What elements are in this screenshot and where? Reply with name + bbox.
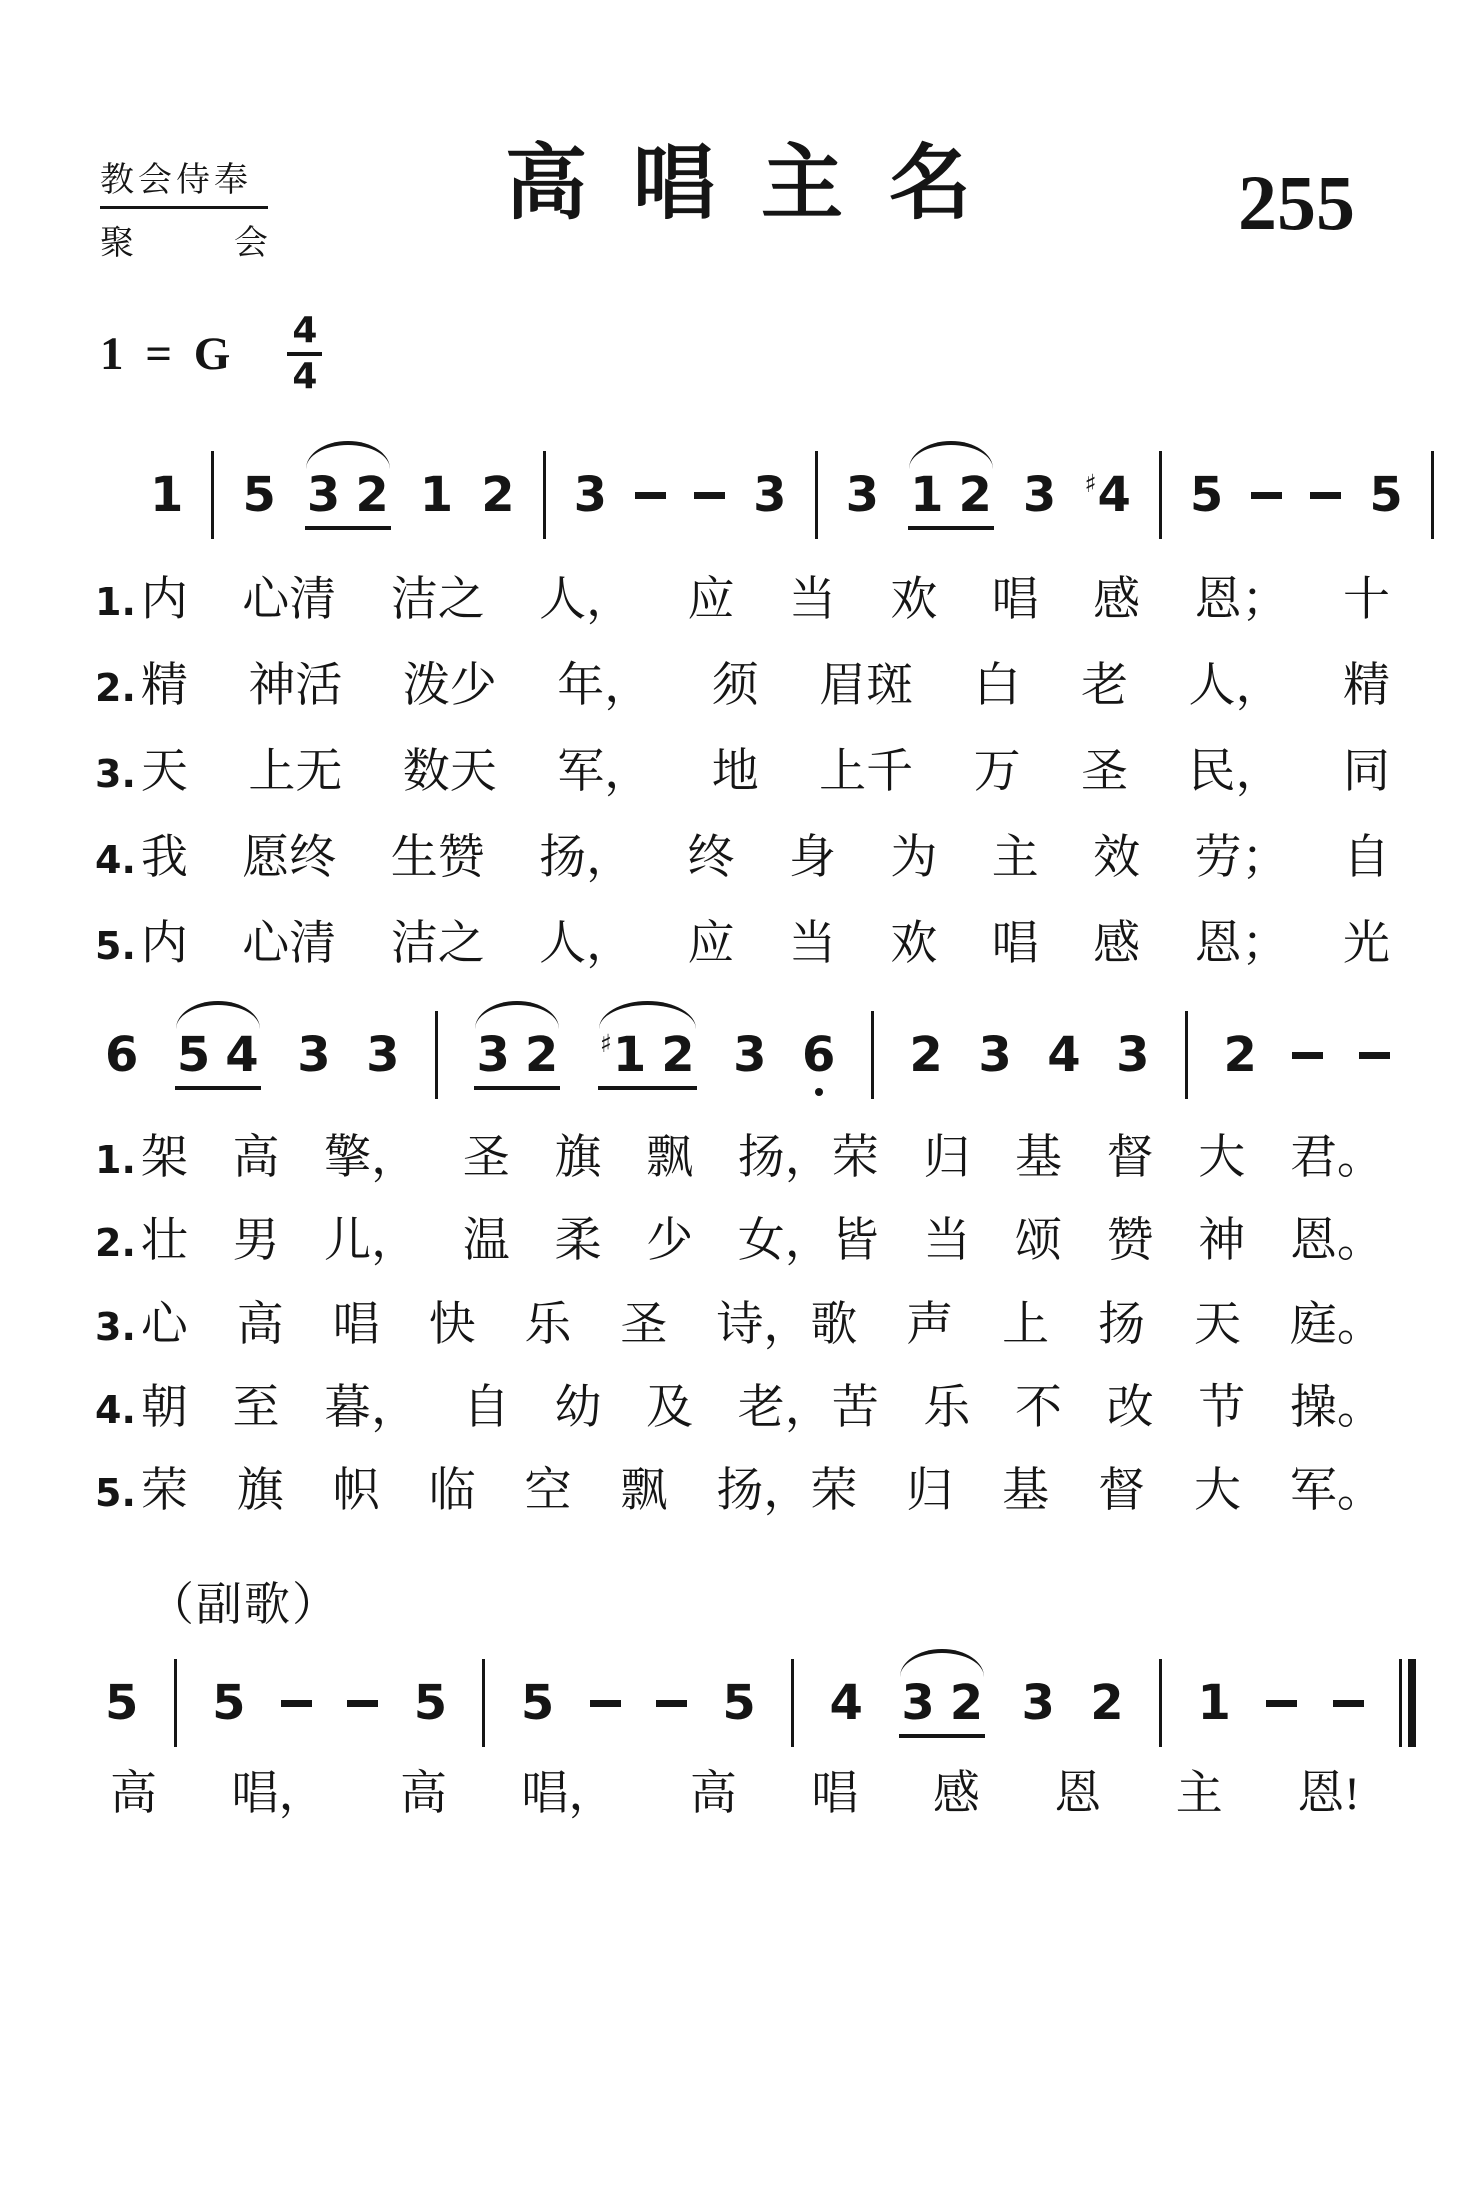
group-note: 5 [177, 1031, 210, 1079]
verse-start: 3.心 [95, 1287, 188, 1354]
verse-start: 3.天 [95, 734, 188, 801]
category-bottom-left: 聚 [100, 215, 134, 264]
lyric-syllable: 唱 [811, 1756, 858, 1823]
lyric-syllable: 至 [233, 1370, 280, 1437]
final-barline-thick [1408, 1659, 1416, 1747]
lyric-syllable: 心 [141, 1287, 188, 1354]
lyric-syllable: 临 [429, 1453, 476, 1520]
music-line-2: 6543332♯123623432 [105, 1000, 1390, 1110]
lyric-syllable: 人， [1189, 648, 1283, 715]
group-note: 2 [661, 1031, 694, 1079]
verse-start: 2.壮 [95, 1203, 188, 1270]
note: 3 [1023, 471, 1056, 519]
verse-start: 1.内 [95, 562, 188, 629]
lyric-syllable: 基 [1002, 1453, 1049, 1520]
lyric-syllable: 高 [400, 1756, 447, 1823]
lyric-syllable: 荣 [141, 1453, 188, 1520]
group-note: 3 [901, 1679, 934, 1727]
barline [1185, 1011, 1188, 1099]
verse-line: 2.壮男儿，温柔少女，皆当颂赞神恩。 [95, 1203, 1384, 1270]
dash-extension [635, 492, 666, 499]
lyric-syllable: 感 [1093, 906, 1140, 973]
dash-extension [1292, 1052, 1323, 1059]
lyric-syllable: 民， [1189, 734, 1283, 801]
group-note: 2 [950, 1679, 983, 1727]
lyric-syllable: 乐 [923, 1370, 970, 1437]
lyric-syllable: 精 [141, 648, 188, 715]
slur-group: ♯12 [597, 1031, 698, 1079]
verse-number: 1. [95, 1138, 136, 1182]
lyric-syllable: 飘 [646, 1120, 693, 1187]
verse-number: 2. [95, 1221, 136, 1265]
lyric-syllable: 人， [539, 562, 633, 629]
lyric-syllable: 为 [890, 820, 937, 887]
note: 2 [481, 471, 514, 519]
note: 3 [978, 1031, 1011, 1079]
lyric-syllable: 劳； [1195, 820, 1289, 887]
barline [174, 1659, 177, 1747]
lyric-syllable: 当 [923, 1203, 970, 1270]
lyric-syllable: 君。 [1290, 1120, 1384, 1187]
lyric-syllable: 扬，荣 [716, 1453, 857, 1520]
lyric-syllable: 上千 [819, 734, 913, 801]
lyric-syllable: 上 [1002, 1287, 1049, 1354]
lyric-syllable: 大 [1194, 1453, 1241, 1520]
verse-line: 3.天上无数天军，地上千万圣民，同 [95, 734, 1390, 801]
lyric-syllable: 应 [688, 906, 735, 973]
lyric-syllable: 节 [1198, 1370, 1245, 1437]
lyric-syllable: 恩； [1195, 562, 1289, 629]
barline [1159, 1659, 1162, 1747]
note: 3 [1116, 1031, 1149, 1079]
lyric-syllable: 感 [1093, 562, 1140, 629]
lyric-syllable: 愿终 [242, 820, 336, 887]
lyric-syllable: 须 [712, 648, 759, 715]
note: 5 [1190, 471, 1223, 519]
lyric-syllable: 军， [557, 734, 651, 801]
note: 1 [1197, 1679, 1230, 1727]
barline [482, 1659, 485, 1747]
lyric-syllable: 主 [1176, 1756, 1223, 1823]
verse-number: 4. [95, 1388, 136, 1432]
verse-number: 3. [95, 752, 136, 796]
lyric-syllable: 壮 [141, 1203, 188, 1270]
barline [871, 1011, 874, 1099]
verse-line: 5.内心清洁之人，应当欢唱感恩；光 [95, 906, 1390, 973]
lyric-syllable: 女，皆 [738, 1203, 879, 1270]
lyric-syllable: 庭。 [1290, 1287, 1384, 1354]
note: 5 [414, 1679, 447, 1727]
lyric-syllable: 恩! [1297, 1756, 1360, 1823]
note: 1 [420, 471, 453, 519]
note: ♯4 [1084, 471, 1131, 519]
lyric-syllable: 儿， [324, 1203, 418, 1270]
lyric-syllable: 大 [1198, 1120, 1245, 1187]
lyric-syllable: 高 [237, 1287, 284, 1354]
time-denominator: 4 [292, 356, 317, 396]
lyric-syllable: 神 [1198, 1203, 1245, 1270]
verse-line: 5.荣旗帜临空飘扬，荣归基督大军。 [95, 1453, 1384, 1520]
sharp-icon: ♯ [1084, 471, 1096, 496]
dash-extension [694, 492, 725, 499]
lyric-syllable: 欢 [890, 906, 937, 973]
lyric-syllable: 圣 [463, 1120, 510, 1187]
lyric-syllable: 扬，荣 [738, 1120, 879, 1187]
dash-extension [590, 1700, 621, 1707]
lyric-syllable: 同 [1343, 734, 1390, 801]
lyric-syllable: 当 [789, 906, 836, 973]
verse-line: 3.心高唱快乐圣诗，歌声上扬天庭。 [95, 1287, 1384, 1354]
lyric-syllable: 内 [141, 562, 188, 629]
lyric-syllable: 归 [906, 1453, 953, 1520]
lyric-syllable: 督 [1098, 1453, 1145, 1520]
note: 3 [1022, 1679, 1055, 1727]
lyric-syllable: 老，苦 [738, 1370, 879, 1437]
lyric-syllable: 改 [1107, 1370, 1154, 1437]
time-signature: 4 4 [287, 312, 322, 396]
dash-extension [1251, 492, 1282, 499]
lyric-syllable: 颂 [1015, 1203, 1062, 1270]
lyric-syllable: 操。 [1290, 1370, 1384, 1437]
lyric-syllable: 旗 [554, 1120, 601, 1187]
group-note: 1 [910, 471, 943, 519]
dash-extension [1266, 1700, 1297, 1707]
slur-group: 32 [304, 471, 392, 519]
note: 2 [1223, 1031, 1256, 1079]
group-note: 2 [355, 471, 388, 519]
final-barline [1399, 1659, 1416, 1747]
verse-line: 4.我愿终生赞扬，终身为主效劳；自 [95, 820, 1390, 887]
lyric-syllable: 主 [992, 820, 1039, 887]
lyric-syllable: 架 [141, 1120, 188, 1187]
lyric-syllable: 擎， [324, 1120, 418, 1187]
lyric-syllable: 空 [525, 1453, 572, 1520]
lyric-syllable: 内 [141, 906, 188, 973]
lyric-syllable: 恩。 [1290, 1203, 1384, 1270]
dash-extension [347, 1700, 378, 1707]
lyric-syllable: 洁之 [391, 906, 485, 973]
lyric-syllable: 督 [1107, 1120, 1154, 1187]
verse-number: 5. [95, 1471, 136, 1515]
lyric-syllable: 高 [690, 1756, 737, 1823]
lyric-syllable: 心清 [242, 562, 336, 629]
note: 3 [297, 1031, 330, 1079]
lyric-syllable: 唱 [333, 1287, 380, 1354]
note: 5 [521, 1679, 554, 1727]
group-note: 2 [525, 1031, 558, 1079]
note: 1 [150, 471, 183, 519]
lyric-syllable: 朝 [141, 1370, 188, 1437]
lyric-syllable: 高 [110, 1756, 157, 1823]
sharp-icon: ♯ [600, 1031, 612, 1056]
dash-extension [1310, 492, 1341, 499]
group-note: 3 [476, 1031, 509, 1079]
dash-extension [1359, 1052, 1390, 1059]
hymn-page: 教会侍奉 聚 会 高唱主名 255 1 = G 4 4 153212333123… [0, 0, 1476, 2185]
music-line-1: 153212333123♯455 [150, 440, 1434, 550]
lyric-syllable: 身 [789, 820, 836, 887]
lyric-syllable: 高 [233, 1120, 280, 1187]
verse-start: 5.内 [95, 906, 188, 973]
hymn-number: 255 [1238, 158, 1355, 248]
note: 3 [753, 471, 786, 519]
group-note: 2 [958, 471, 991, 519]
dash-extension [656, 1700, 687, 1707]
slur-group: 12 [907, 471, 995, 519]
note: 5 [212, 1679, 245, 1727]
category-top: 教会侍奉 [100, 152, 268, 209]
category-bottom: 聚 会 [100, 209, 268, 264]
lyric-syllable: 及 [646, 1370, 693, 1437]
lyric-syllable: 圣 [620, 1287, 667, 1354]
verse-number: 3. [95, 1305, 136, 1349]
chorus-label: （副歌） [148, 1568, 340, 1634]
music-line-3: 55555432321 [105, 1648, 1416, 1758]
note: 3 [366, 1031, 399, 1079]
group-note: ♯1 [600, 1031, 647, 1079]
lyric-syllable: 自 [1343, 820, 1390, 887]
lyric-syllable: 唱 [992, 562, 1039, 629]
lyric-syllable: 欢 [890, 562, 937, 629]
lyric-syllable: 感 [933, 1756, 980, 1823]
barline [543, 451, 546, 539]
lyric-syllable: 上无 [248, 734, 342, 801]
lyric-syllable: 效 [1093, 820, 1140, 887]
lyric-syllable: 当 [789, 562, 836, 629]
lyric-syllable: 扬， [539, 820, 633, 887]
chorus-lyric-line: 高唱，高唱，高唱感恩主恩! [110, 1756, 1360, 1823]
note: 6 [105, 1031, 138, 1079]
barline [815, 451, 818, 539]
lyric-syllable: 光 [1343, 906, 1390, 973]
lyric-syllable: 乐 [525, 1287, 572, 1354]
lyric-syllable: 天 [1194, 1287, 1241, 1354]
lyric-syllable: 十 [1343, 562, 1390, 629]
slur-group: 32 [898, 1679, 986, 1727]
verse-number: 2. [95, 666, 136, 710]
note: 3 [733, 1031, 766, 1079]
lyric-syllable: 唱， [521, 1756, 615, 1823]
barline [1431, 451, 1434, 539]
lyric-syllable: 精 [1343, 648, 1390, 715]
verse-number: 4. [95, 838, 136, 882]
lyric-syllable: 自 [463, 1370, 510, 1437]
lyric-syllable: 少 [646, 1203, 693, 1270]
lyric-syllable: 老 [1081, 648, 1128, 715]
dash-extension [281, 1700, 312, 1707]
note: 5 [1369, 471, 1402, 519]
lyric-syllable: 天 [141, 734, 188, 801]
barline [791, 1659, 794, 1747]
note: 5 [242, 471, 275, 519]
slur-group: 54 [174, 1031, 262, 1079]
lyric-syllable: 恩； [1195, 906, 1289, 973]
lyric-syllable: 恩 [1054, 1756, 1101, 1823]
note: 6 [802, 1031, 835, 1079]
verse-start: 5.荣 [95, 1453, 188, 1520]
category-label: 教会侍奉 聚 会 [100, 152, 268, 264]
lyric-syllable: 生赞 [391, 820, 485, 887]
note: 2 [1090, 1679, 1123, 1727]
lyric-syllable: 数天 [403, 734, 497, 801]
lyric-syllable: 快 [429, 1287, 476, 1354]
barline [1159, 451, 1162, 539]
note: 4 [830, 1679, 863, 1727]
verse-start: 1.架 [95, 1120, 188, 1187]
lyric-syllable: 洁之 [391, 562, 485, 629]
category-bottom-right: 会 [234, 215, 268, 264]
slur-group: 32 [473, 1031, 561, 1079]
group-note: 4 [225, 1031, 258, 1079]
lyric-syllable: 人， [539, 906, 633, 973]
key-signature: 1 = G 4 4 [100, 312, 322, 396]
verse-line: 2.精神活泼少年，须眉斑白老人，精 [95, 648, 1390, 715]
lyric-syllable: 扬 [1098, 1287, 1145, 1354]
verse-line: 1.内心清洁之人，应当欢唱感恩；十 [95, 562, 1390, 629]
hymn-title: 高唱主名 [459, 118, 1017, 235]
lyric-syllable: 圣 [1081, 734, 1128, 801]
key-text: 1 = G [100, 327, 235, 381]
lyric-syllable: 神活 [248, 648, 342, 715]
lyric-syllable: 帜 [333, 1453, 380, 1520]
lyric-syllable: 年， [557, 648, 651, 715]
lyric-syllable: 唱 [992, 906, 1039, 973]
lyric-syllable: 我 [141, 820, 188, 887]
verse-number: 1. [95, 580, 136, 624]
lyric-syllable: 心清 [242, 906, 336, 973]
lyric-syllable: 声 [906, 1287, 953, 1354]
lyric-syllable: 泼少 [403, 648, 497, 715]
note: 3 [846, 471, 879, 519]
note: 5 [722, 1679, 755, 1727]
lyric-syllable: 军。 [1290, 1453, 1384, 1520]
note: 4 [1047, 1031, 1080, 1079]
verse-start: 4.朝 [95, 1370, 188, 1437]
lyric-syllable: 终 [688, 820, 735, 887]
note: 3 [574, 471, 607, 519]
lyric-syllable: 飘 [620, 1453, 667, 1520]
lyric-syllable: 柔 [554, 1203, 601, 1270]
lyric-syllable: 不 [1015, 1370, 1062, 1437]
verse-line: 1.架高擎，圣旗飘扬，荣归基督大君。 [95, 1120, 1384, 1187]
group-note: 3 [307, 471, 340, 519]
verse-start: 4.我 [95, 820, 188, 887]
lyric-syllable: 万 [974, 734, 1021, 801]
barline [435, 1011, 438, 1099]
lyric-syllable: 诗，歌 [716, 1287, 857, 1354]
lyric-syllable: 地 [712, 734, 759, 801]
lyric-syllable: 旗 [237, 1453, 284, 1520]
verse-number: 5. [95, 924, 136, 968]
verse-line: 4.朝至暮，自幼及老，苦乐不改节操。 [95, 1370, 1384, 1437]
lyric-syllable: 男 [233, 1203, 280, 1270]
barline [211, 451, 214, 539]
time-numerator: 4 [287, 312, 322, 356]
lyric-syllable: 归 [923, 1120, 970, 1187]
final-barline-thin [1399, 1659, 1402, 1747]
note: 2 [909, 1031, 942, 1079]
lyric-syllable: 温 [463, 1203, 510, 1270]
lyric-syllable: 幼 [554, 1370, 601, 1437]
lyric-syllable: 唱， [231, 1756, 325, 1823]
lyric-syllable: 应 [688, 562, 735, 629]
verse-start: 2.精 [95, 648, 188, 715]
note: 5 [105, 1679, 138, 1727]
lyric-syllable: 基 [1015, 1120, 1062, 1187]
lyric-syllable: 白 [974, 648, 1021, 715]
lyric-syllable: 赞 [1107, 1203, 1154, 1270]
dash-extension [1333, 1700, 1364, 1707]
lyric-syllable: 暮， [324, 1370, 418, 1437]
lyric-syllable: 眉斑 [819, 648, 913, 715]
